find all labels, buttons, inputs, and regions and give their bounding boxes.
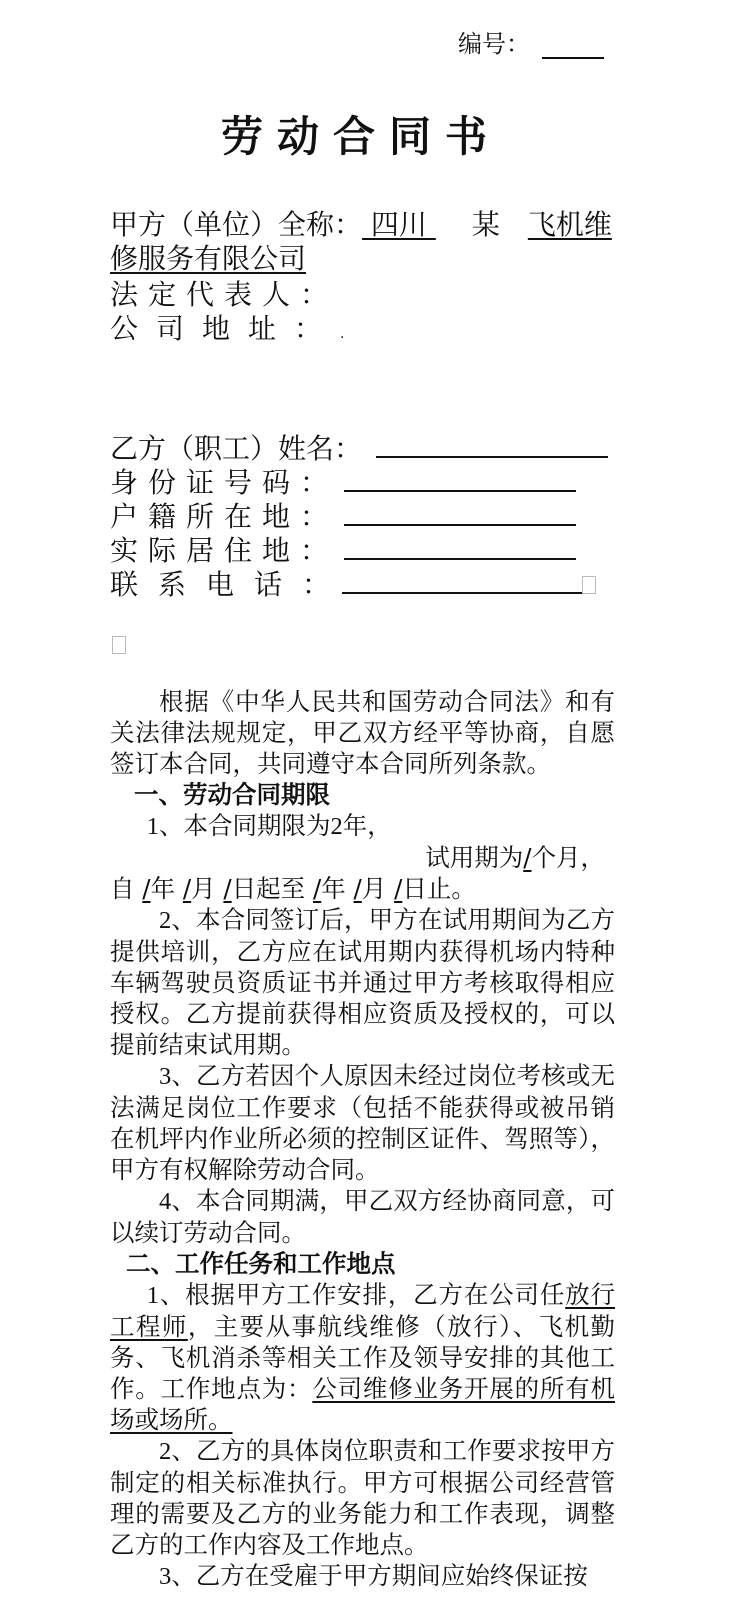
to-year-field[interactable]: / (313, 874, 321, 903)
from-day-field[interactable]: / (223, 874, 231, 903)
party-a-name-line: 甲方（单位）全称： 四川 某飞机维 (110, 208, 612, 242)
address-line: 公司地址：. (110, 312, 344, 351)
id-line: 身份证号码： (110, 466, 576, 500)
clause-1-2: 2、本合同签订后，甲方在试用期间为乙方提供培训，乙方应在试用期内获得机场内特种车… (110, 904, 615, 1060)
probation-period-line: 自 /年 /月 /日起至 /年 /月 /日止。 (110, 873, 615, 904)
from-year-field[interactable]: / (142, 874, 150, 903)
party-a-name-line2: 修服务有限公司 (110, 242, 306, 276)
phone-label: 联系电话： (110, 568, 350, 601)
party-a-name-label: 甲方（单位）全称： (110, 208, 362, 241)
serial-field[interactable] (542, 31, 604, 59)
serial-number: 编号： (458, 24, 604, 59)
id-label: 身份证号码： (110, 466, 338, 499)
party-a-name-part3: 修服务有限公司 (110, 242, 306, 275)
serial-label: 编号： (458, 30, 530, 58)
party-a-name-part2: 飞机维 (528, 208, 612, 241)
id-field[interactable] (344, 466, 576, 492)
address-label: 公司地址： (110, 312, 340, 345)
residence-field[interactable] (344, 534, 576, 560)
contract-body: 根据《中华人民共和国劳动合同法》和有关法律法规规定，甲乙双方经平等协商，自愿签订… (110, 686, 615, 1592)
section-heading-tasks: 二、工作任务和工作地点 (110, 1248, 615, 1279)
residence-label: 实际居住地： (110, 534, 338, 567)
to-month-field[interactable]: / (354, 874, 362, 903)
clause-1-3: 3、乙方若因个人原因未经过岗位考核或无法满足岗位工作要求（包括不能获得或被吊销在… (110, 1060, 615, 1185)
document-title: 劳动合同书 (0, 104, 722, 164)
household-label: 户籍所在地： (110, 500, 338, 533)
section-heading-term: 一、劳动合同期限 (110, 779, 615, 810)
legal-rep-line: 法定代表人： (110, 278, 338, 312)
address-value[interactable]: . (340, 326, 344, 342)
clause-2-3: 3、乙方在受雇于甲方期间应始终保证按 (110, 1560, 615, 1592)
household-line: 户籍所在地： (110, 500, 576, 534)
party-b-name-line: 乙方（职工）姓名： (110, 432, 608, 466)
from-month-field[interactable]: / (183, 874, 191, 903)
clause-1-4: 4、本合同期满，甲乙双方经协商同意，可以续订劳动合同。 (110, 1185, 615, 1248)
placeholder-box-icon (582, 576, 596, 594)
party-a-name-mid: 某 (472, 208, 500, 241)
empty-paragraph-marker (112, 636, 126, 658)
party-a-name-part1: 四川 (362, 208, 436, 241)
party-b-name-field[interactable] (376, 432, 608, 458)
probation-months-field[interactable]: / (523, 843, 531, 872)
phone-field[interactable] (342, 568, 582, 594)
party-b-name-label: 乙方（职工）姓名： (110, 432, 362, 465)
legal-rep-label: 法定代表人： (110, 278, 338, 311)
placeholder-box-icon (112, 636, 126, 654)
household-field[interactable] (344, 500, 576, 526)
probation-line: 试用期为/个月， (110, 842, 615, 873)
phone-line: 联系电话： (110, 568, 596, 602)
intro-paragraph: 根据《中华人民共和国劳动合同法》和有关法律法规规定，甲乙双方经平等协商，自愿签订… (110, 686, 615, 779)
clause-2-2: 2、乙方的具体岗位职责和工作要求按甲方制定的相关标准执行。甲方可根据公司经营管理… (110, 1435, 615, 1560)
clause-1-1: 1、本合同期限为2年， (110, 810, 615, 842)
clause-2-1: 1、根据甲方工作安排，乙方在公司任放行工程师，主要从事航线维修（放行）、飞机勤务… (110, 1279, 615, 1435)
residence-line: 实际居住地： (110, 534, 576, 568)
